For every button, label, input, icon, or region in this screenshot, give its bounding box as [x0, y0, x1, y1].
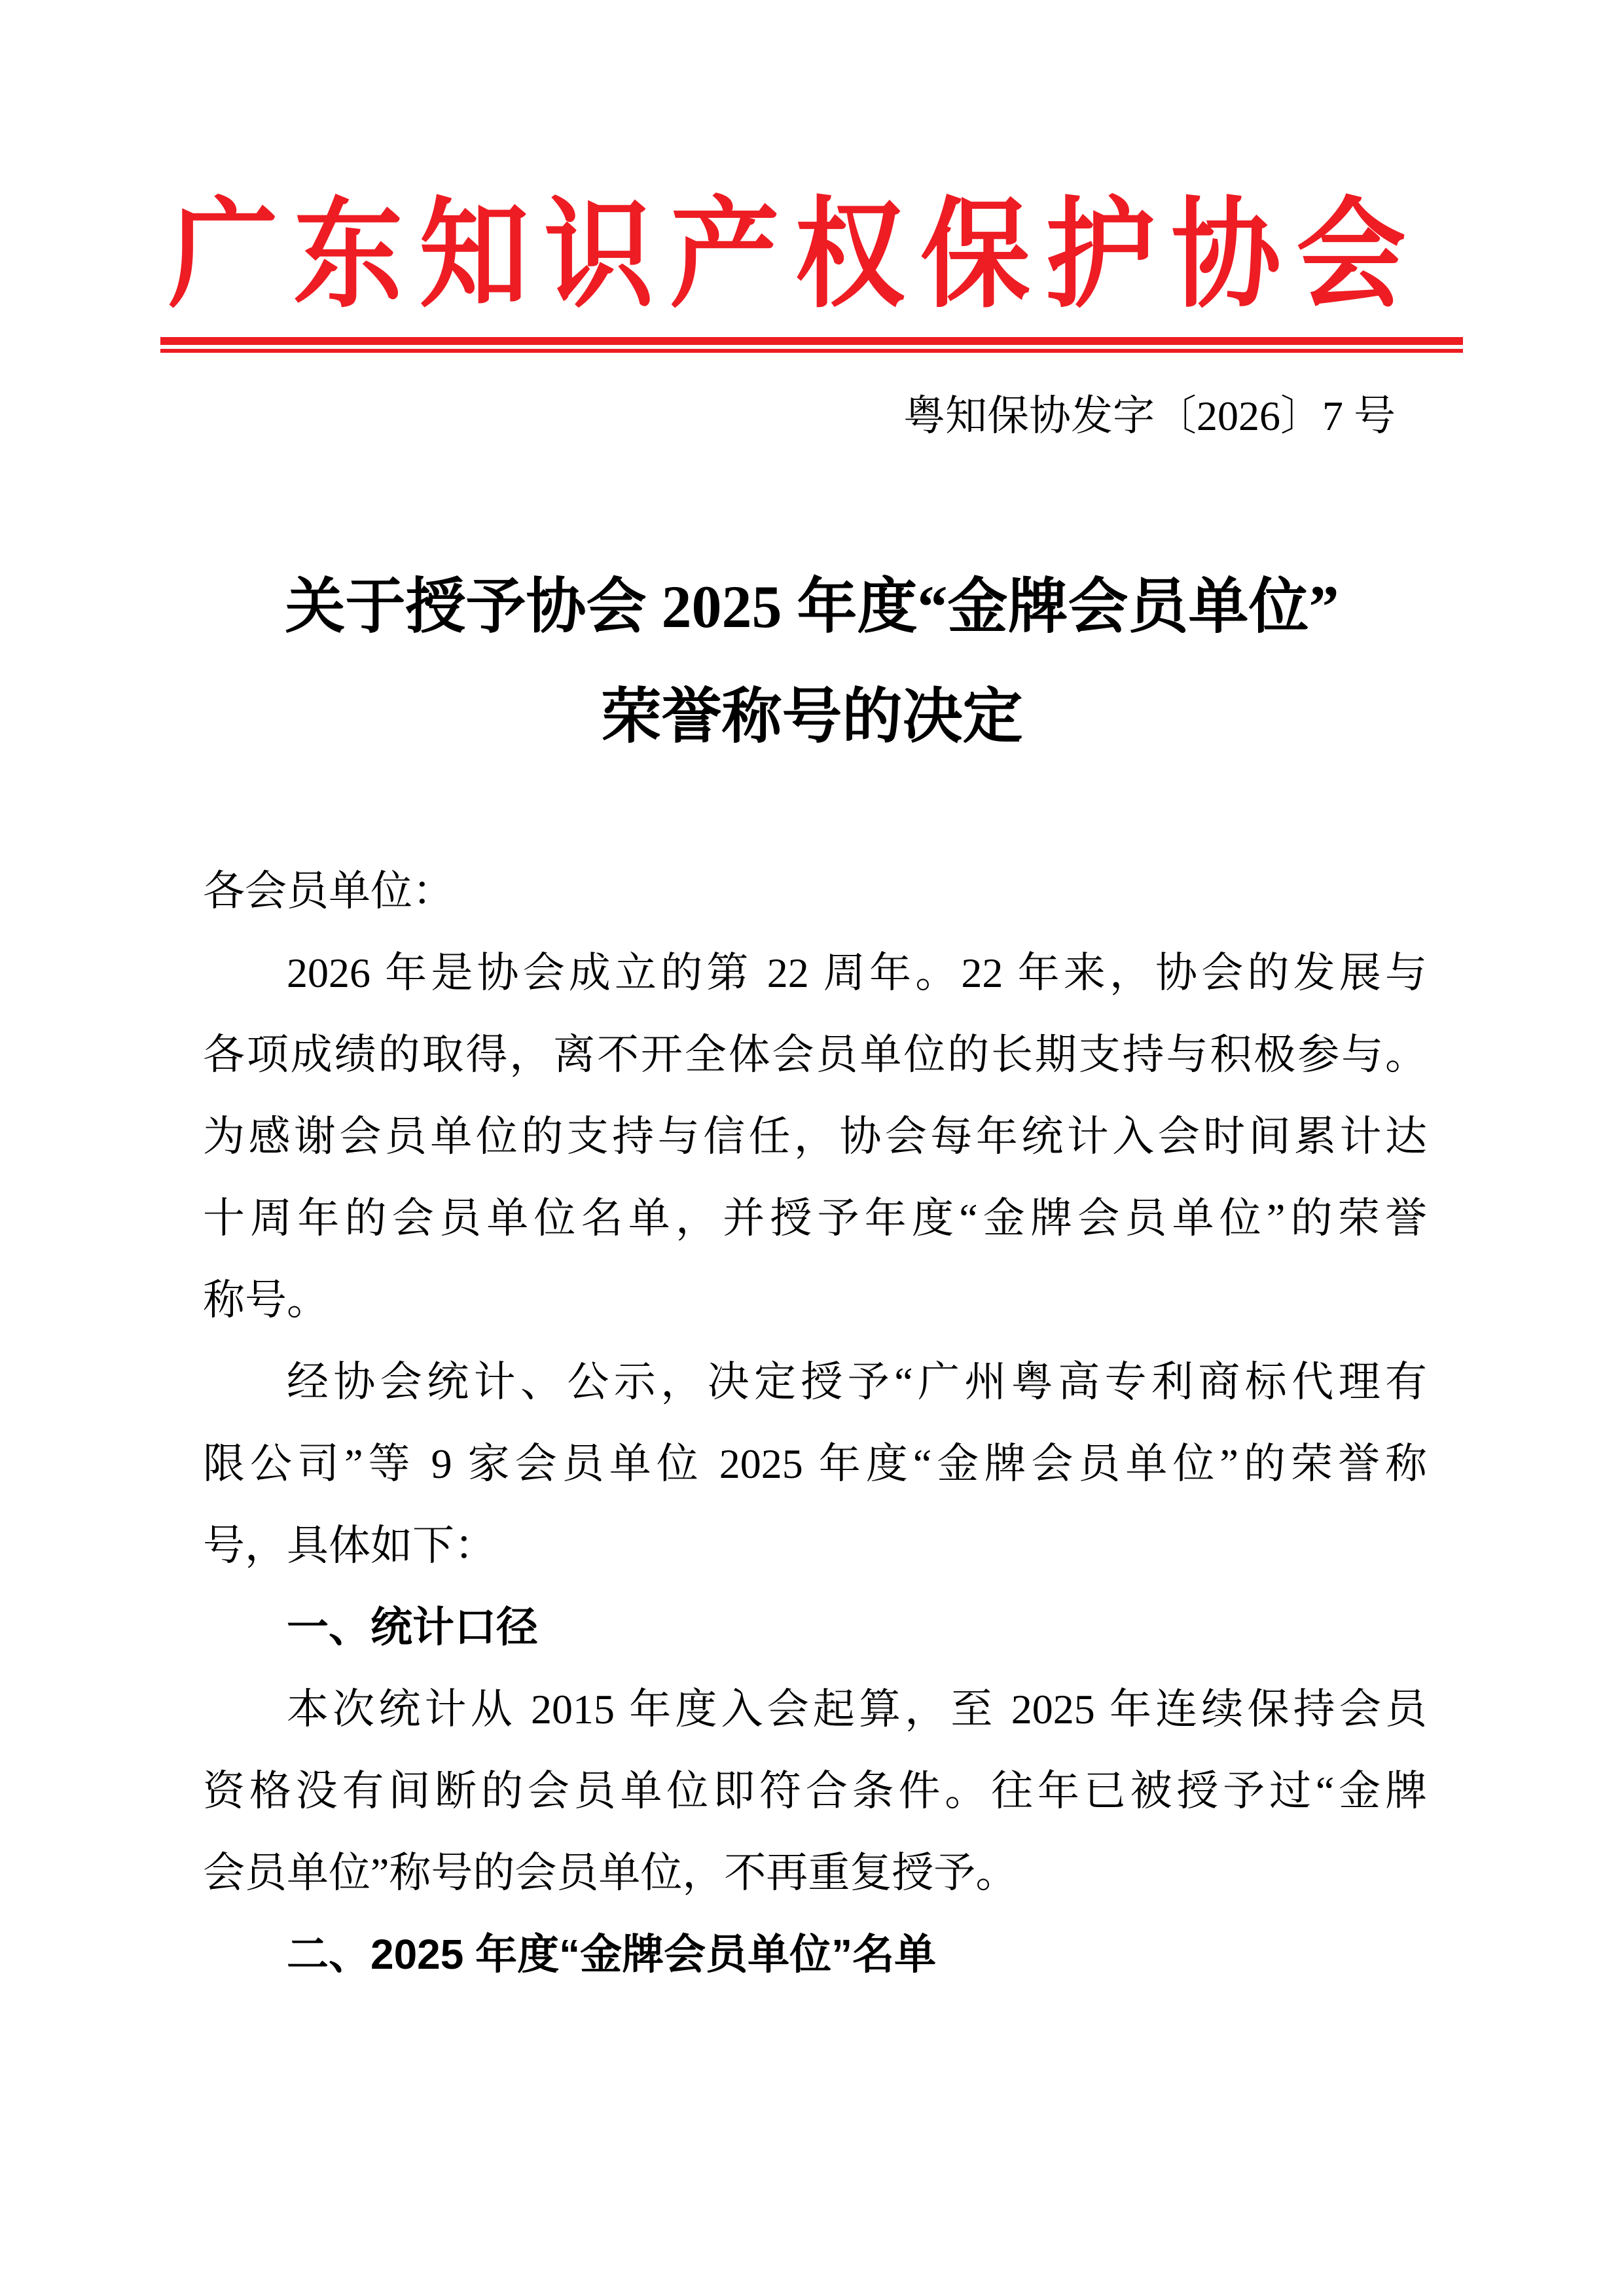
org-name-char: 护	[1045, 197, 1155, 316]
section-heading-two: 二、2025 年度“金牌会员单位”名单	[203, 1914, 1427, 1996]
org-name-char: 协	[1171, 197, 1280, 316]
org-name-char: 识	[545, 197, 654, 316]
body-text: 各会员单位： 2026 年是协会成立的第 22 周年。22 年来，协会的发展与 …	[203, 850, 1427, 1996]
org-name-char: 广	[168, 197, 278, 316]
body-line: 会员单位”称号的会员单位，不再重复授予。	[203, 1832, 1427, 1914]
document-title-line-2: 荣誉称号的决定	[0, 662, 1624, 772]
org-name-char: 会	[1296, 197, 1405, 316]
red-rule-thick	[160, 337, 1463, 345]
body-line: 为感谢会员单位的支持与信任，协会每年统计入会时间累计达	[203, 1096, 1427, 1177]
body-line: 本次统计从 2015 年度入会起算，至 2025 年连续保持会员	[203, 1668, 1427, 1750]
org-name-char: 知	[419, 197, 528, 316]
document-title: 关于授予协会 2025 年度“金牌会员单位” 荣誉称号的决定	[0, 552, 1624, 772]
body-line: 资格没有间断的会员单位即符合条件。往年已被授予过“金牌	[203, 1750, 1427, 1832]
body-line: 2026 年是协会成立的第 22 周年。22 年来，协会的发展与	[203, 932, 1427, 1014]
section-heading-one: 一、统计口径	[203, 1587, 1427, 1668]
org-name-char: 权	[795, 197, 904, 316]
body-line: 十周年的会员单位名单，并授予年度“金牌会员单位”的荣誉	[203, 1177, 1427, 1259]
body-line: 经协会统计、公示，决定授予“广州粤高专利商标代理有	[203, 1341, 1427, 1423]
document-page: 广 东 知 识 产 权 保 护 协 会 粤知保协发字〔2026〕7 号 关于授予…	[0, 0, 1624, 2296]
red-rule-thin	[160, 349, 1463, 353]
body-line: 号，具体如下：	[203, 1505, 1427, 1587]
salutation: 各会员单位：	[203, 850, 1427, 932]
doc-reference-number: 粤知保协发字〔2026〕7 号	[903, 393, 1396, 440]
body-line: 限公司”等 9 家会员单位 2025 年度“金牌会员单位”的荣誉称	[203, 1423, 1427, 1505]
letterhead-org-name: 广 东 知 识 产 权 保 护 协 会	[164, 191, 1411, 322]
org-name-char: 东	[294, 197, 403, 316]
org-name-char: 保	[920, 197, 1030, 316]
body-line: 称号。	[203, 1259, 1427, 1341]
org-name-char: 产	[670, 197, 779, 316]
body-line: 各项成绩的取得，离不开全体会员单位的长期支持与积极参与。	[203, 1014, 1427, 1096]
document-title-line-1: 关于授予协会 2025 年度“金牌会员单位”	[0, 552, 1624, 662]
